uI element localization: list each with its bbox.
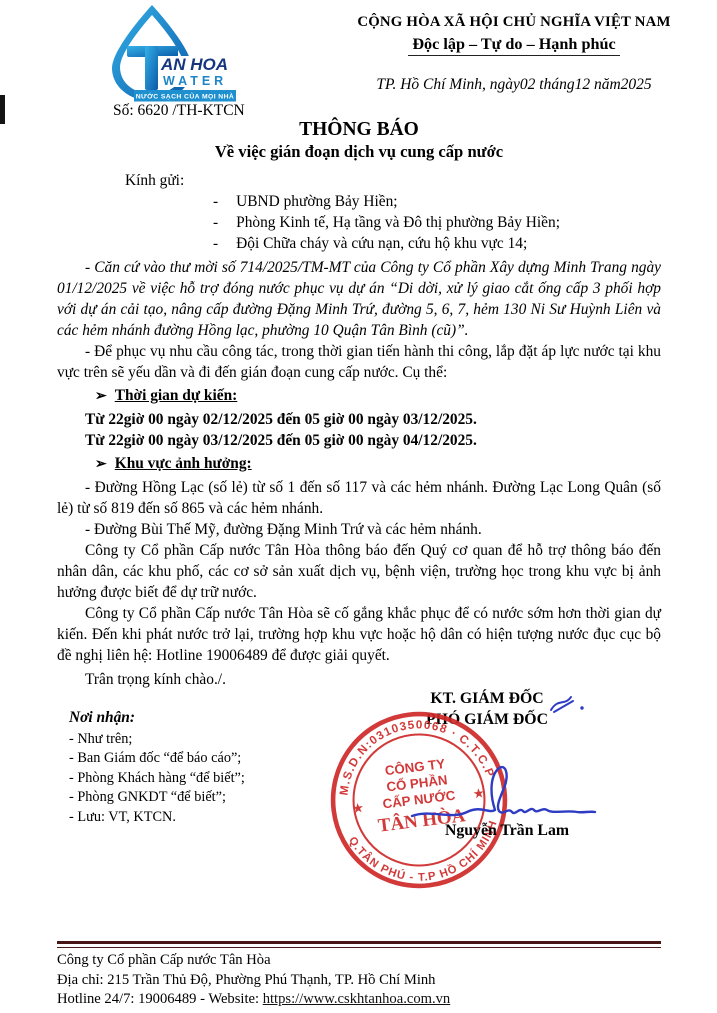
signature-flourish-icon [549,694,589,718]
footer-address: Địa chỉ: 215 Trần Thủ Độ, Phường Phú Thạ… [57,971,661,991]
area-line: - Đường Bùi Thế Mỹ, đường Đặng Minh Trứ … [57,519,661,540]
footer-hotline-line: Hotline 24/7: 19006489 - Website: https:… [57,990,661,1010]
salutation: Kính gửi: [57,170,661,191]
national-motto-line2: Độc lập – Tự do – Hạnh phúc [322,35,706,54]
tanhoa-water-logo-icon: AN HOA WATER NƯỚC SẠCH CỦA MỌI NHÀ [104,4,236,104]
page-footer: Công ty Cổ phần Cấp nước Tân Hòa Địa chỉ… [57,941,661,1010]
national-motto-line1: CỘNG HÒA XÃ HỘI CHỦ NGHĨA VIỆT NAM [322,14,706,31]
time-heading: ➢Thời gian dự kiến: [57,385,661,407]
recipient-text: Phòng Kinh tế, Hạ tầng và Đô thị phường … [236,212,560,233]
signature-section: Nơi nhận: - Như trên; - Ban Giám đốc “để… [57,688,661,943]
recipient-row: - Đội Chữa cháy và cứu nạn, cứu hộ khu v… [57,233,661,254]
recipient-row: - UBND phường Bảy Hiền; [57,191,661,212]
stamp-star-left-icon: ★ [351,800,365,816]
time-line: Từ 22giờ 00 ngày 02/12/2025 đến 05 giờ 0… [57,409,661,430]
document-body: THÔNG BÁO Về việc gián đoạn dịch vụ cung… [57,118,661,690]
document-page: AN HOA WATER NƯỚC SẠCH CỦA MỌI NHÀ Số: 6… [0,0,717,1013]
noi-nhan-label: Nơi nhận: [69,708,245,728]
notify-paragraph: Công ty Cổ phần Cấp nước Tân Hòa thông b… [57,540,661,603]
arrow-bullet-icon: ➢ [95,389,107,404]
logo-tagline-text: NƯỚC SẠCH CỦA MỌI NHÀ [136,92,235,101]
noi-nhan-item: - Như trên; [69,730,245,750]
remedy-paragraph: Công ty Cổ phần Cấp nước Tân Hòa sẽ cố g… [57,603,661,666]
arrow-bullet-icon: ➢ [95,457,107,472]
page-title: THÔNG BÁO [57,118,661,141]
logo-name-text: AN HOA [160,55,228,74]
logo-water-text: WATER [163,74,227,88]
pipe-stem-icon [145,46,158,90]
time-line: Từ 22giờ 00 ngày 03/12/2025 đến 05 giờ 0… [57,430,661,451]
signer-name: Nguyễn Trần Lam [387,822,627,840]
footer-divider [57,941,661,948]
purpose-paragraph: - Để phục vụ nhu cầu công tác, trong thờ… [57,341,661,383]
recipient-text: Đội Chữa cháy và cứu nạn, cứu hộ khu vực… [236,233,527,254]
recipient-row: - Phòng Kinh tế, Hạ tầng và Đô thị phườn… [57,212,661,233]
basis-paragraph: - Căn cứ vào thư mời số 714/2025/TM-MT c… [57,257,661,341]
page-subtitle: Về việc gián đoạn dịch vụ cung cấp nước [57,141,661,163]
footer-company: Công ty Cổ phần Cấp nước Tân Hòa [57,951,661,971]
noi-nhan-item: - Phòng GNKDT “để biết”; [69,788,245,808]
noi-nhan-item: - Lưu: VT, KTCN. [69,808,245,828]
recipient-text: UBND phường Bảy Hiền; [236,191,397,212]
dash-marker: - [213,212,218,233]
area-heading: ➢Khu vực ảnh hưởng: [57,453,661,475]
noi-nhan-block: Nơi nhận: - Như trên; - Ban Giám đốc “để… [69,708,245,827]
noi-nhan-item: - Ban Giám đốc “để báo cáo”; [69,749,245,769]
dash-marker: - [213,191,218,212]
date-line: TP. Hồ Chí Minh, ngày02 tháng12 năm2025 [322,76,706,94]
footer-hotline-text: Hotline 24/7: 19006489 - Website: [57,991,263,1007]
area-line: - Đường Hồng Lạc (số lẻ) từ số 1 đến số … [57,477,661,519]
closing-line: Trân trọng kính chào./. [57,669,661,690]
noi-nhan-item: - Phòng Khách hàng “để biết”; [69,769,245,789]
scan-artifact [0,95,5,124]
dash-marker: - [213,233,218,254]
footer-website-link[interactable]: https://www.cskhtanhoa.com.vn [263,991,451,1007]
